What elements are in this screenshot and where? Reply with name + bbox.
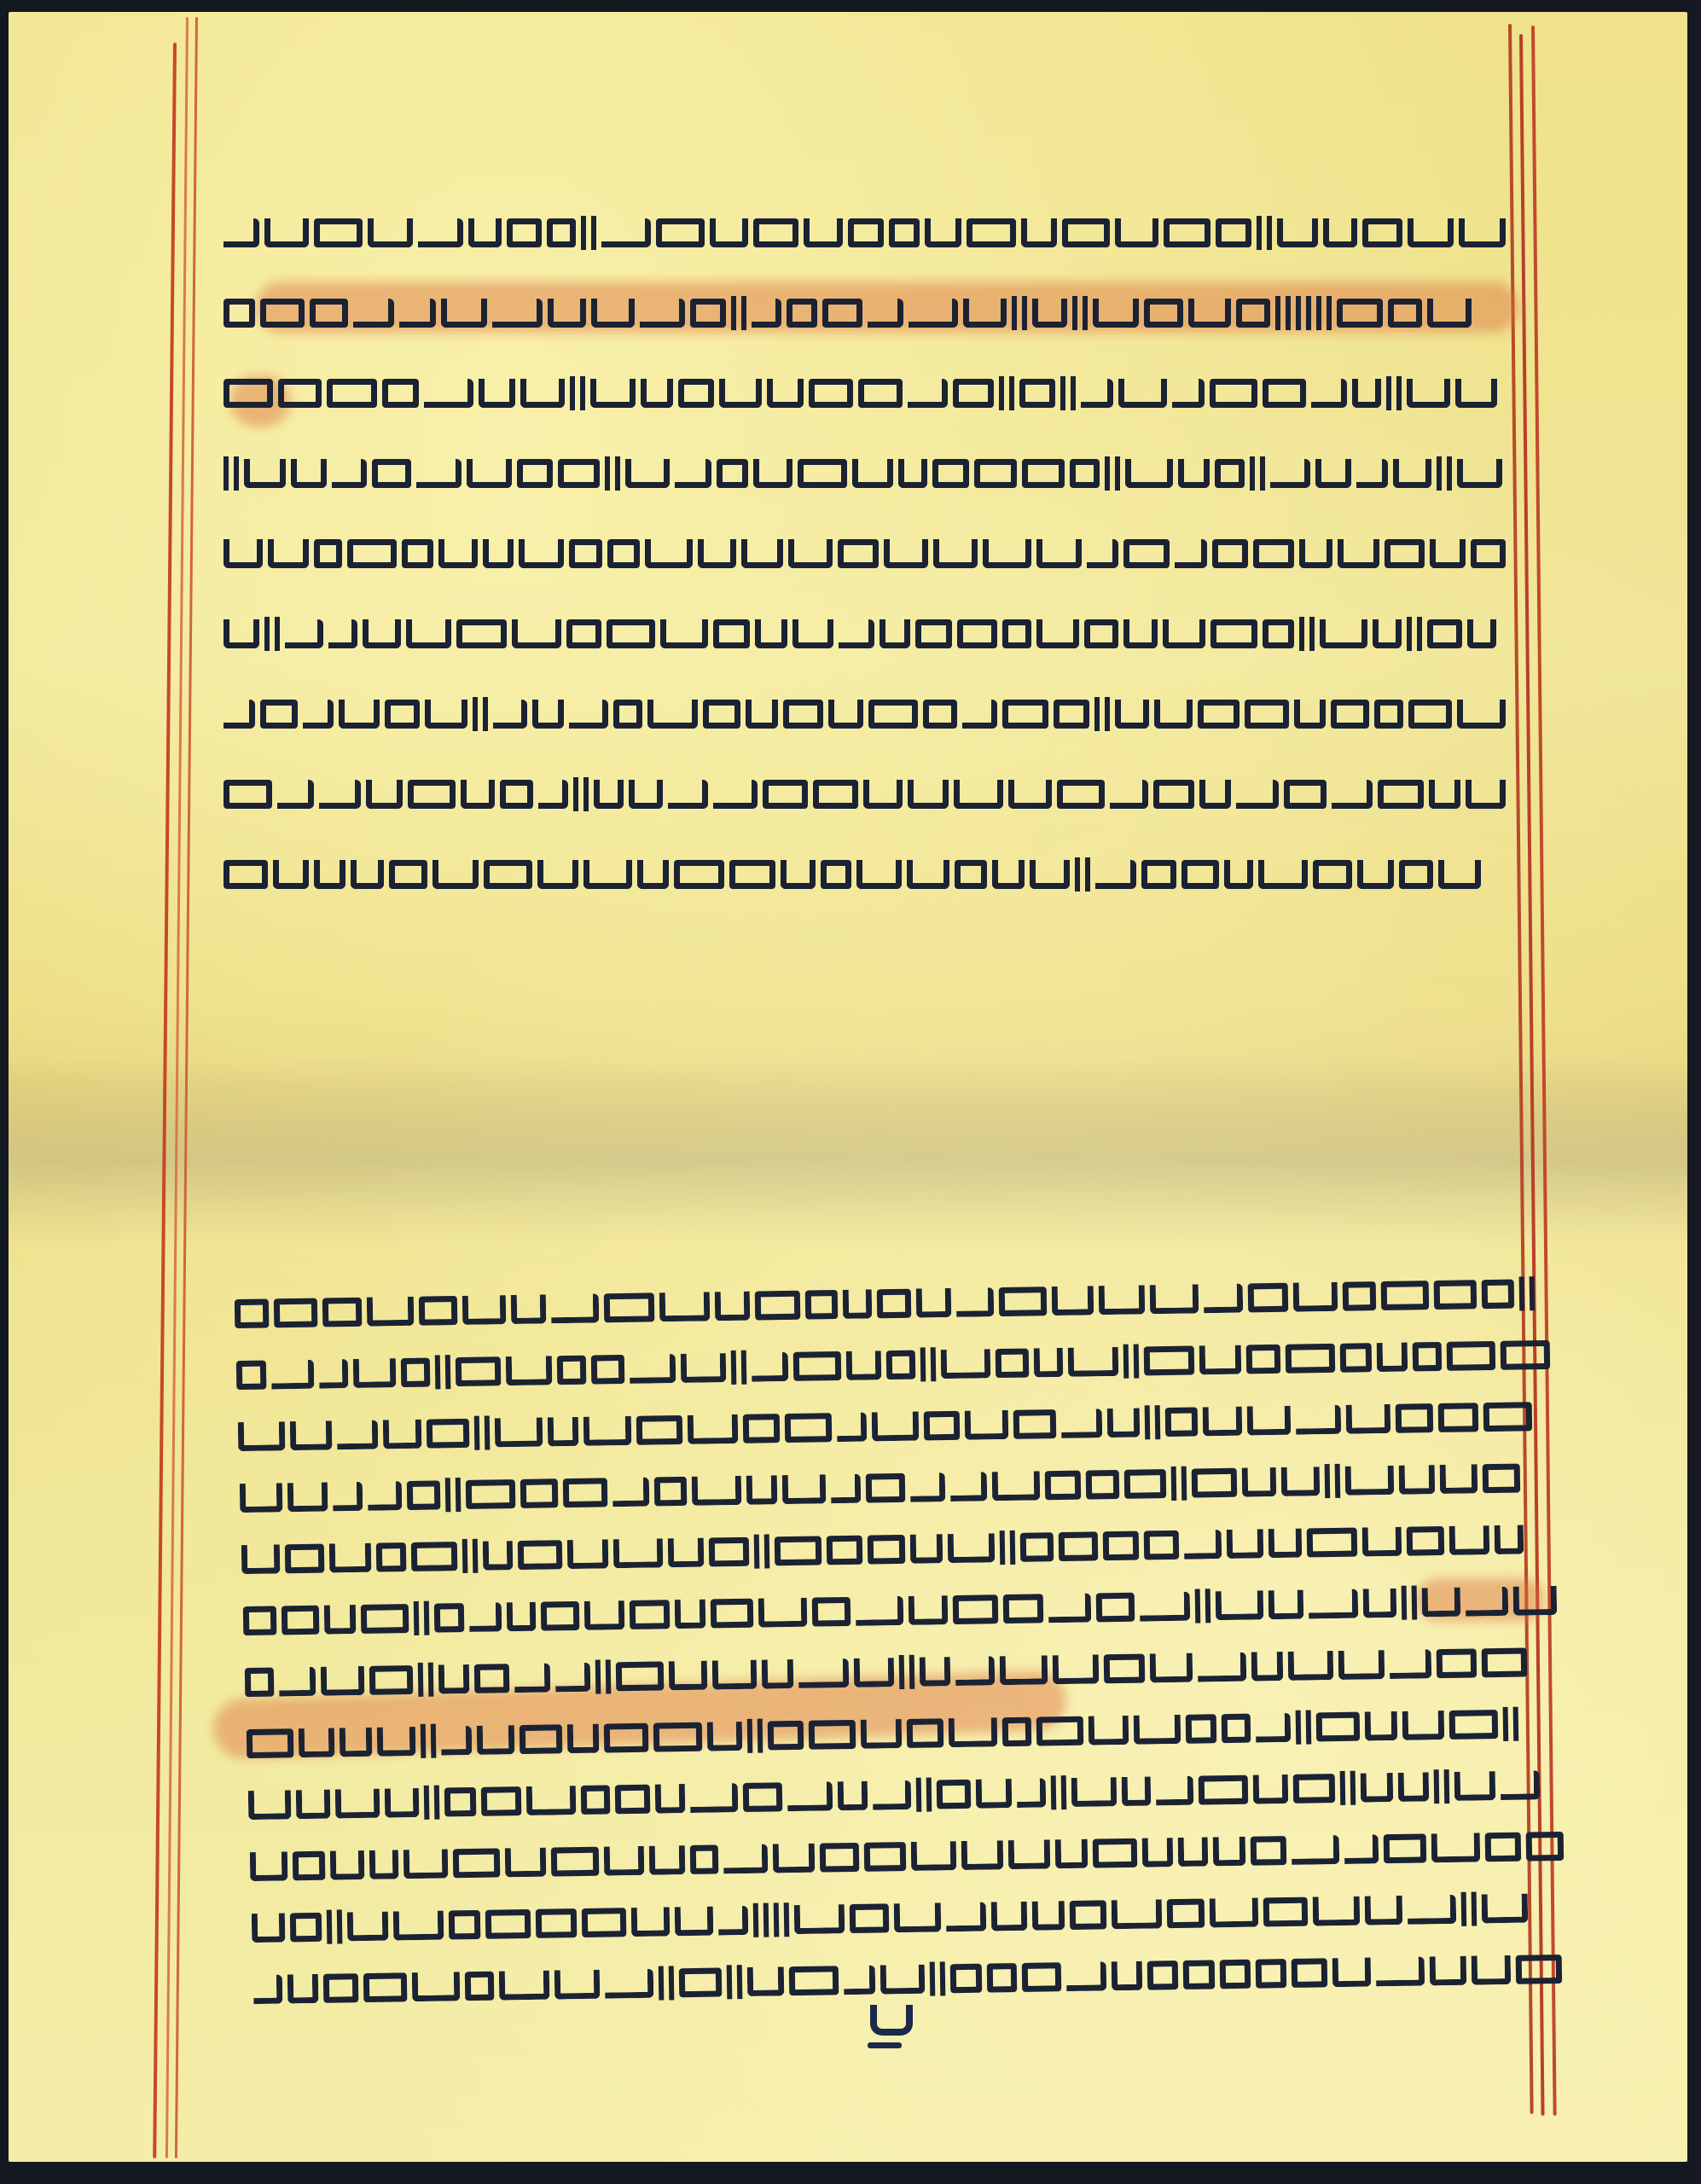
script-glyph [613, 1538, 664, 1568]
script-glyph [629, 780, 663, 809]
script-glyph [1093, 299, 1139, 328]
script-glyph [1296, 1405, 1342, 1435]
script-glyph [512, 619, 561, 648]
script-glyph [1142, 1838, 1173, 1867]
script-glyph [805, 1290, 839, 1320]
script-glyph [703, 700, 741, 729]
script-glyph [569, 700, 607, 729]
script-glyph [924, 1411, 961, 1441]
script-glyph [441, 1726, 473, 1756]
script-glyph [407, 1480, 441, 1510]
script-line: [script line 1] [224, 213, 1506, 253]
script-glyph [868, 299, 903, 328]
script-glyph [285, 1544, 325, 1574]
script-glyph [1000, 1655, 1048, 1685]
script-glyph [758, 1598, 806, 1628]
double-danda [1075, 857, 1090, 892]
script-glyph [850, 1903, 890, 1933]
script-glyph [809, 1720, 856, 1750]
script-glyph [1052, 1286, 1094, 1316]
script-glyph [1124, 1469, 1167, 1499]
script-glyph [1268, 1529, 1303, 1559]
script-glyph [555, 1663, 591, 1693]
script-glyph [678, 379, 714, 408]
double-danda [774, 1902, 790, 1937]
fold-crease [9, 1058, 1687, 1246]
script-glyph [1291, 1835, 1339, 1865]
script-glyph [1002, 619, 1031, 648]
script-glyph [485, 1909, 531, 1939]
script-glyph [537, 860, 578, 889]
script-glyph [1483, 1464, 1521, 1494]
script-glyph [690, 1844, 719, 1874]
script-glyph [224, 860, 268, 889]
script-glyph [1482, 1280, 1515, 1310]
script-glyph [411, 1542, 458, 1571]
script-glyph [1438, 860, 1481, 889]
script-glyph [389, 860, 427, 889]
script-glyph [361, 1604, 409, 1634]
script-glyph [1434, 1280, 1477, 1310]
script-glyph [224, 218, 259, 247]
script-glyph [548, 1417, 579, 1447]
script-glyph [710, 218, 748, 247]
script-glyph [679, 1967, 723, 1997]
double-danda [731, 1350, 747, 1385]
script-glyph [1430, 1956, 1467, 1986]
script-glyph [1437, 1648, 1477, 1678]
script-glyph [1008, 1839, 1051, 1869]
script-glyph [1115, 218, 1159, 247]
script-glyph [950, 1472, 988, 1501]
script-glyph [1365, 1711, 1398, 1741]
script-glyph [681, 1353, 727, 1383]
script-glyph [1485, 1833, 1522, 1862]
script-glyph [1068, 1347, 1119, 1377]
double-danda [605, 456, 620, 491]
script-glyph [245, 1668, 275, 1698]
script-glyph [613, 700, 643, 729]
script-glyph [1293, 1774, 1336, 1804]
script-glyph [424, 379, 473, 408]
script-glyph [1036, 619, 1079, 648]
script-glyph [363, 1972, 408, 2002]
script-glyph [1251, 1652, 1284, 1682]
script-glyph [1248, 1283, 1289, 1313]
script-glyph [1099, 1285, 1146, 1315]
double-danda [1072, 296, 1088, 330]
double-danda [1195, 1589, 1211, 1623]
double-danda [1299, 617, 1315, 651]
script-glyph [240, 1483, 283, 1513]
double-danda [1060, 376, 1076, 410]
script-glyph [567, 1724, 600, 1754]
script-glyph [427, 1419, 470, 1449]
script-glyph [583, 1416, 632, 1446]
script-glyph [636, 1415, 683, 1445]
script-glyph [877, 1289, 912, 1319]
script-glyph [1199, 780, 1231, 809]
script-glyph [655, 1784, 686, 1814]
script-glyph [584, 1600, 624, 1630]
script-glyph [243, 1606, 276, 1635]
script-glyph [468, 218, 502, 247]
script-glyph [1263, 1897, 1309, 1927]
script-glyph [1447, 1341, 1496, 1371]
script-glyph [319, 780, 361, 809]
script-glyph [1402, 1711, 1445, 1740]
script-glyph [1022, 459, 1065, 488]
script-glyph [1204, 1284, 1244, 1314]
script-glyph [1362, 1527, 1402, 1557]
script-glyph [1246, 1345, 1281, 1374]
double-danda [1434, 1769, 1450, 1804]
script-glyph [1501, 1340, 1551, 1370]
script-glyph [946, 1902, 987, 1932]
script-glyph [852, 459, 893, 488]
script-glyph [474, 1664, 510, 1693]
script-glyph [340, 1728, 373, 1757]
script-glyph [260, 299, 305, 328]
script-glyph [746, 700, 778, 729]
script-glyph [910, 1534, 943, 1564]
script-glyph [347, 539, 397, 568]
script-glyph [1210, 379, 1257, 408]
double-danda [754, 1534, 770, 1568]
script-glyph [1483, 1402, 1533, 1432]
script-glyph [1048, 1593, 1091, 1623]
script-glyph [483, 1541, 514, 1571]
script-glyph [1036, 1716, 1084, 1746]
script-glyph [604, 1292, 655, 1322]
script-glyph [1482, 1647, 1528, 1677]
script-glyph [248, 1790, 292, 1820]
script-glyph [1482, 1894, 1529, 1924]
script-glyph [323, 1973, 359, 2003]
script-glyph [987, 1963, 1018, 1993]
script-glyph [1003, 1594, 1043, 1623]
script-glyph [907, 860, 949, 889]
script-glyph [1307, 1528, 1358, 1558]
script-glyph [438, 1664, 470, 1694]
script-glyph [615, 1785, 651, 1815]
script-glyph [324, 1605, 356, 1635]
script-glyph [811, 1597, 850, 1627]
script-glyph [839, 619, 874, 648]
script-glyph [872, 1412, 920, 1442]
script-glyph [775, 1536, 822, 1565]
script-glyph [668, 1538, 705, 1568]
script-glyph [314, 218, 362, 247]
page-number-glyph [870, 2005, 913, 2036]
double-danda [421, 1724, 437, 1758]
script-line: [script line 4] [224, 454, 1506, 493]
script-glyph [299, 1728, 335, 1757]
script-line: [script line 6] [224, 614, 1506, 653]
script-glyph [1311, 379, 1347, 408]
script-glyph [925, 218, 961, 247]
script-glyph [368, 1481, 403, 1511]
script-glyph [1181, 860, 1219, 889]
script-glyph [1203, 1407, 1243, 1437]
script-glyph [1123, 539, 1170, 568]
script-glyph [880, 1965, 926, 1995]
script-glyph [937, 1780, 972, 1809]
script-glyph [461, 780, 495, 809]
script-glyph [605, 1969, 654, 1999]
script-glyph [1115, 700, 1149, 729]
script-glyph [368, 218, 414, 247]
script-glyph [1036, 539, 1082, 568]
script-glyph [1141, 860, 1176, 889]
script-glyph [520, 379, 565, 408]
script-glyph [1449, 1525, 1490, 1555]
script-glyph [456, 619, 507, 648]
script-glyph [755, 619, 787, 648]
script-glyph [224, 619, 259, 648]
script-glyph [645, 539, 693, 568]
script-glyph [798, 459, 847, 488]
script-glyph [653, 1722, 703, 1752]
script-glyph [1388, 299, 1422, 328]
script-glyph [955, 1656, 996, 1686]
double-danda [753, 1903, 769, 1937]
double-danda [1519, 1276, 1536, 1310]
script-glyph [541, 1601, 579, 1631]
script-glyph [453, 1848, 501, 1878]
script-glyph [1288, 1651, 1334, 1681]
script-glyph [376, 1542, 407, 1572]
script-glyph [507, 1602, 537, 1632]
script-glyph [330, 1850, 364, 1880]
script-glyph [1118, 379, 1167, 408]
script-glyph [514, 1663, 551, 1693]
double-danda [920, 1347, 937, 1381]
double-danda [595, 1659, 612, 1693]
script-glyph [591, 299, 635, 328]
script-line: [script line 7] [224, 694, 1506, 734]
script-glyph [718, 1906, 749, 1936]
script-glyph [637, 860, 669, 889]
script-glyph [669, 1661, 708, 1691]
script-glyph [787, 299, 817, 328]
script-glyph [1396, 1403, 1434, 1433]
script-glyph [1398, 1772, 1430, 1802]
script-glyph [569, 539, 602, 568]
script-glyph [709, 1537, 750, 1567]
script-glyph [961, 1840, 1003, 1870]
script-glyph [1125, 459, 1173, 488]
script-glyph [616, 1661, 665, 1691]
script-glyph [1356, 459, 1388, 488]
script-glyph [1165, 1407, 1199, 1437]
script-glyph [746, 1475, 778, 1505]
script-glyph [844, 1966, 876, 1995]
script-glyph [1107, 1408, 1141, 1438]
script-glyph [449, 1910, 481, 1940]
script-glyph [1045, 1471, 1082, 1501]
script-glyph [858, 379, 903, 408]
script-glyph [1374, 700, 1404, 729]
script-glyph [1293, 1282, 1338, 1312]
script-glyph [1459, 218, 1506, 247]
script-glyph [582, 1908, 627, 1937]
script-glyph [1438, 1403, 1479, 1432]
script-glyph [1253, 539, 1294, 568]
script-glyph [794, 1904, 845, 1934]
script-glyph [868, 1535, 906, 1565]
script-glyph [329, 1543, 372, 1573]
script-glyph [1053, 1654, 1100, 1684]
double-danda [727, 1965, 743, 1999]
script-glyph [827, 1536, 863, 1565]
script-glyph [1216, 218, 1252, 247]
script-glyph [1320, 619, 1367, 648]
script-glyph [441, 299, 487, 328]
double-danda [899, 1655, 915, 1689]
script-glyph [863, 1842, 906, 1872]
script-glyph [290, 1913, 322, 1943]
script-glyph [322, 1298, 363, 1327]
script-glyph [492, 299, 543, 328]
script-glyph [253, 1975, 283, 2005]
script-glyph [898, 459, 927, 488]
script-glyph [583, 860, 632, 889]
script-glyph [235, 1298, 270, 1328]
script-glyph [768, 1721, 804, 1751]
script-glyph [520, 1478, 559, 1508]
script-glyph [1331, 700, 1369, 729]
script-glyph [1054, 700, 1090, 729]
script-glyph [785, 1413, 833, 1443]
script-glyph [1164, 218, 1210, 247]
script-glyph [1150, 1284, 1199, 1314]
double-danda [747, 1719, 763, 1753]
script-glyph [419, 1296, 458, 1326]
script-glyph [536, 1908, 578, 1938]
script-glyph [1501, 1770, 1541, 1800]
script-glyph [1140, 1592, 1190, 1622]
script-glyph [713, 619, 750, 648]
double-danda [731, 296, 746, 330]
script-glyph [347, 1912, 389, 1942]
script-glyph [1495, 1525, 1524, 1554]
script-glyph [856, 860, 902, 889]
double-danda [474, 1415, 491, 1449]
double-danda [1407, 617, 1422, 651]
script-glyph [848, 218, 884, 247]
script-glyph [974, 459, 1017, 488]
script-glyph [956, 1287, 995, 1317]
script-glyph [1144, 1531, 1180, 1560]
script-glyph [1378, 780, 1424, 809]
script-glyph [707, 1722, 743, 1751]
script-glyph [1153, 780, 1195, 809]
script-glyph [755, 1291, 801, 1321]
script-glyph [566, 619, 601, 648]
script-glyph [950, 1964, 983, 1994]
script-glyph [838, 539, 879, 568]
double-danda [1145, 1405, 1161, 1439]
script-glyph [1178, 459, 1210, 488]
script-glyph [674, 1600, 705, 1629]
script-glyph [717, 459, 748, 488]
script-glyph [367, 1297, 415, 1327]
script-glyph [353, 1358, 397, 1388]
script-glyph [319, 1359, 349, 1389]
script-glyph [601, 218, 651, 247]
script-glyph [612, 1478, 650, 1507]
script-glyph [654, 1477, 688, 1507]
script-glyph [1377, 1343, 1408, 1373]
script-glyph [1089, 1716, 1129, 1745]
script-glyph [1408, 218, 1454, 247]
script-glyph [377, 1727, 416, 1757]
script-glyph [551, 1293, 600, 1323]
script-glyph [1156, 1776, 1194, 1806]
script-glyph [1313, 1896, 1361, 1926]
script-glyph [782, 1474, 827, 1504]
script-glyph [1122, 1776, 1152, 1806]
script-glyph [963, 299, 1007, 328]
script-glyph [241, 1544, 281, 1574]
script-glyph [1087, 539, 1118, 568]
script-glyph [1144, 1345, 1195, 1375]
script-glyph [433, 860, 479, 889]
script-glyph [1457, 459, 1502, 488]
script-glyph [1095, 860, 1136, 889]
script-glyph [278, 379, 322, 408]
script-glyph [1454, 1771, 1496, 1801]
script-glyph [884, 539, 927, 568]
script-glyph [466, 1479, 516, 1509]
script-glyph [804, 218, 843, 247]
script-glyph [1346, 1404, 1391, 1434]
script-glyph [1022, 1962, 1062, 1992]
script-glyph [843, 1289, 873, 1319]
script-glyph [1070, 459, 1100, 488]
script-glyph [630, 1600, 670, 1629]
double-danda [570, 376, 585, 410]
script-glyph [401, 1358, 431, 1388]
script-glyph [412, 1972, 461, 2001]
script-glyph [837, 1413, 868, 1443]
double-danda [224, 456, 239, 491]
script-glyph [467, 459, 512, 488]
script-glyph [1526, 1832, 1564, 1862]
script-glyph [957, 619, 997, 648]
script-glyph [710, 1599, 752, 1629]
script-glyph [909, 299, 958, 328]
script-glyph [526, 1786, 577, 1815]
script-glyph [1183, 1960, 1216, 1989]
script-glyph [991, 1902, 1028, 1931]
script-glyph [1467, 619, 1496, 648]
script-glyph [554, 1970, 601, 2000]
double-danda [424, 1786, 440, 1820]
script-glyph [499, 1971, 550, 2001]
script-glyph [911, 1841, 957, 1871]
script-glyph [1332, 1958, 1372, 1988]
script-glyph [224, 780, 272, 809]
script-glyph [366, 780, 403, 809]
script-glyph [444, 1787, 477, 1817]
double-danda [414, 1601, 430, 1635]
script-glyph [1227, 1529, 1264, 1559]
script-glyph [1337, 299, 1383, 328]
double-danda [1275, 296, 1291, 330]
script-glyph [920, 1657, 951, 1687]
